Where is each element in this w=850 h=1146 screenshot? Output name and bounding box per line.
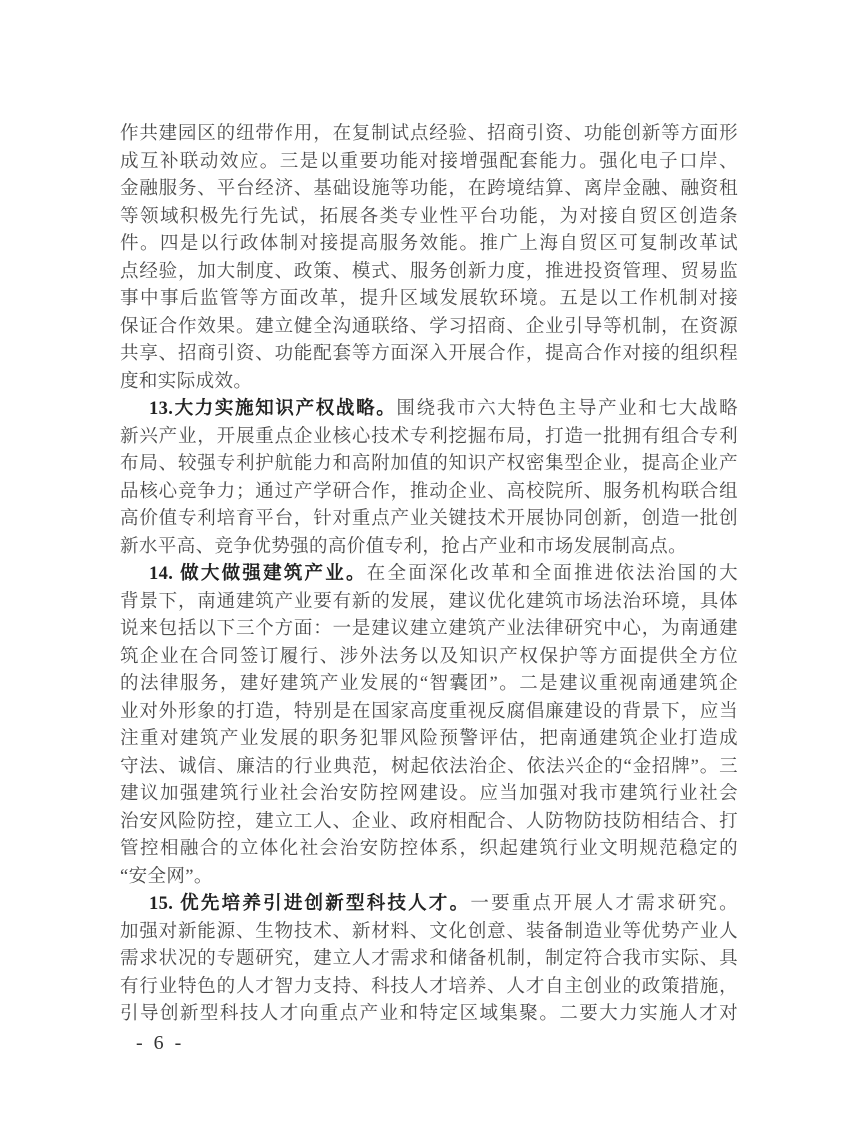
text-line: 注重对建筑产业发展的职务犯罪风险预警评估，把南通建筑企业打造成 bbox=[120, 726, 738, 754]
item-14-heading: 14. 做大做强建筑产业。 bbox=[149, 564, 367, 584]
text-line: 共享、招商引资、功能配套等方面深入开展合作，提高合作对接的组织程 bbox=[120, 341, 738, 369]
text-line: 布局、较强专利护航能力和高附加值的知识产权密集型企业，提高企业产 bbox=[120, 451, 738, 479]
text-line: 成互补联动效应。三是以重要功能对接增强配套能力。强化电子口岸、 bbox=[120, 149, 738, 177]
page-number: - 6 - bbox=[136, 1031, 184, 1055]
text-line: 的法律服务，建好建筑产业发展的“智囊团”。二是建议重视南通建筑企 bbox=[120, 671, 738, 699]
text-line: 14. 做大做强建筑产业。在全面深化改革和全面推进依法治国的大 bbox=[120, 561, 738, 589]
item-13-heading: 13.大力实施知识产权战略。 bbox=[149, 399, 396, 419]
text-line: 需求状况的专题研究，建立人才需求和储备机制，制定符合我市实际、具 bbox=[120, 946, 738, 974]
paragraph-item-15: 15. 优先培养引进创新型科技人才。一要重点开展人才需求研究。 加强对新能源、生… bbox=[120, 891, 738, 1029]
text-line: 作共建园区的纽带作用，在复制试点经验、招商引资、功能创新等方面形 bbox=[120, 121, 738, 149]
paragraph-item-13: 13.大力实施知识产权战略。围绕我市六大特色主导产业和七大战略 新兴产业，开展重… bbox=[120, 396, 738, 561]
paragraph-item-14: 14. 做大做强建筑产业。在全面深化改革和全面推进依法治国的大 背景下，南通建筑… bbox=[120, 561, 738, 891]
text-line: 管控相融合的立体化社会治安防控体系，织起建筑行业文明规范稳定的 bbox=[120, 836, 738, 864]
text-line: “安全网”。 bbox=[120, 864, 738, 892]
text-line: 度和实际成效。 bbox=[120, 369, 738, 397]
text-line: 建议加强建筑行业社会治安防控网建设。应当加强对我市建筑行业社会 bbox=[120, 781, 738, 809]
text-line: 新水平高、竞争优势强的高价值专利，抢占产业和市场发展制高点。 bbox=[120, 534, 738, 562]
text-segment: 一要重点开展人才需求研究。 bbox=[470, 894, 738, 914]
text-line: 治安风险防控，建立工人、企业、政府相配合、人防物防技防相结合、打防 bbox=[120, 809, 738, 837]
text-segment: 在全面深化改革和全面推进依法治国的大 bbox=[367, 564, 738, 584]
text-line: 说来包括以下三个方面：一是建议建立建筑产业法律研究中心，为南通建 bbox=[120, 616, 738, 644]
text-line: 高价值专利培育平台，针对重点产业关键技术开展协同创新，创造一批创 bbox=[120, 506, 738, 534]
text-line: 守法、诚信、廉洁的行业典范，树起依法治企、依法兴企的“金招牌”。三是 bbox=[120, 754, 738, 782]
text-line: 事中事后监管等方面改革，提升区域发展软环境。五是以工作机制对接 bbox=[120, 286, 738, 314]
text-line: 15. 优先培养引进创新型科技人才。一要重点开展人才需求研究。 bbox=[120, 891, 738, 919]
text-line: 点经验，加大制度、政策、模式、服务创新力度，推进投资管理、贸易监管、 bbox=[120, 259, 738, 287]
text-line: 业对外形象的打造，特别是在国家高度重视反腐倡廉建设的背景下，应当 bbox=[120, 699, 738, 727]
text-line: 保证合作效果。建立健全沟通联络、学习招商、企业引导等机制，在资源 bbox=[120, 314, 738, 342]
document-page: 作共建园区的纽带作用，在复制试点经验、招商引资、功能创新等方面形 成互补联动效应… bbox=[0, 0, 850, 1146]
text-line: 有行业特色的人才智力支持、科技人才培养、人才自主创业的政策措施， bbox=[120, 974, 738, 1002]
text-line: 引导创新型科技人才向重点产业和特定区域集聚。二要大力实施人才对 bbox=[120, 1001, 738, 1029]
document-body: 作共建园区的纽带作用，在复制试点经验、招商引资、功能创新等方面形 成互补联动效应… bbox=[120, 121, 738, 1029]
text-line: 件。四是以行政体制对接提高服务效能。推广上海自贸区可复制改革试 bbox=[120, 231, 738, 259]
text-line: 加强对新能源、生物技术、新材料、文化创意、装备制造业等优势产业人才 bbox=[120, 919, 738, 947]
text-line: 新兴产业，开展重点企业核心技术专利挖掘布局，打造一批拥有组合专利 bbox=[120, 424, 738, 452]
item-15-heading: 15. 优先培养引进创新型科技人才。 bbox=[149, 894, 470, 914]
text-line: 13.大力实施知识产权战略。围绕我市六大特色主导产业和七大战略 bbox=[120, 396, 738, 424]
text-line: 等领域积极先行先试，拓展各类专业性平台功能，为对接自贸区创造条 bbox=[120, 204, 738, 232]
text-line: 背景下，南通建筑产业要有新的发展，建议优化建筑市场法治环境，具体 bbox=[120, 589, 738, 617]
paragraph-intro: 作共建园区的纽带作用，在复制试点经验、招商引资、功能创新等方面形 成互补联动效应… bbox=[120, 121, 738, 396]
text-segment: 围绕我市六大特色主导产业和七大战略 bbox=[396, 399, 738, 419]
text-line: 品核心竞争力；通过产学研合作，推动企业、高校院所、服务机构联合组建 bbox=[120, 479, 738, 507]
text-line: 金融服务、平台经济、基础设施等功能，在跨境结算、离岸金融、融资租赁 bbox=[120, 176, 738, 204]
text-line: 筑企业在合同签订履行、涉外法务以及知识产权保护等方面提供全方位 bbox=[120, 644, 738, 672]
